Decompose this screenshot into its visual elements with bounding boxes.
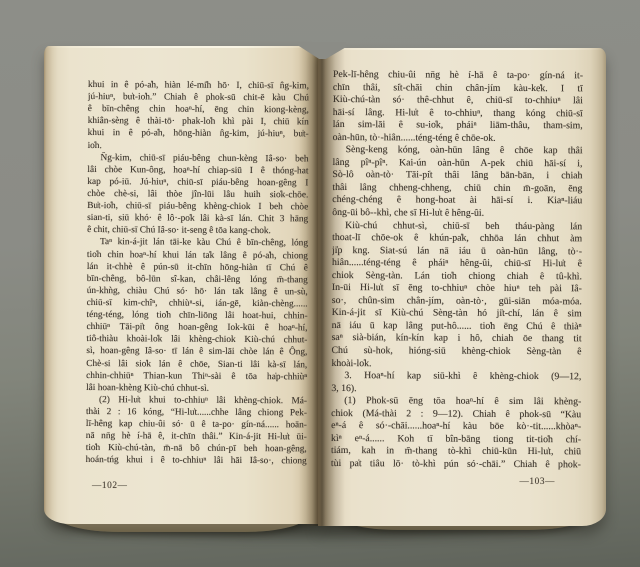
text-line: (1) Phok-sū ēng tōa hoaⁿ-hí ê sim lâi kh… bbox=[331, 395, 581, 409]
right-page-text: Pek-lī-hêng chiu-ûi nn̄g hè í-hā ê ta-po… bbox=[331, 69, 583, 472]
text-line: Chú sù-hok, hióng-siū khèng-chiok Sèng-t… bbox=[331, 345, 581, 359]
text-line: lán sim-lāi ê su-io̍k, pháiⁿ liām-thâu, … bbox=[333, 119, 583, 133]
text-line: Sèng-keng kóng, oàn-hūn lâng ê chōe kap … bbox=[333, 144, 583, 158]
left-page-text: khui in ê pó-a̍h, hiàn lé-mi̍h hō· I, ch… bbox=[86, 79, 309, 468]
text-line: 3. Hoaⁿ-hí kap siū-khì ê khèng-chiok (9—… bbox=[331, 370, 581, 384]
text-line: lán it-chhè ê pún-sū it-chīn hōng-hiàn t… bbox=[87, 261, 308, 274]
text-line: tiám, kah in m̄-thang tò-khì chiū-kūn Hi… bbox=[331, 445, 581, 459]
text-line: khui in ê pó-a̍h, hōng-hiàn n̂g-kim, jú-… bbox=[88, 127, 309, 140]
text-line: In-ūi Hi-lu̍t sī ēng to-chhiuⁿ chòe hiuⁿ… bbox=[332, 282, 582, 296]
text-line: Sò-lô oàn-tò· Tāi-pi̍t thâi lâng bān-bān… bbox=[332, 169, 582, 183]
text-line: thoat-lī chōe-ok ê khún-pa̍k, chhōa lán … bbox=[332, 232, 582, 246]
text-line: tùi pa̍t tiâu lō· tò-khì pún só·-chāi.” … bbox=[331, 458, 581, 472]
text-line: eⁿ-á ê só·-chāi......hoaⁿ-hí kàu bōe kò·… bbox=[331, 420, 581, 434]
text-line: sì, hoan-gêng Iâ-so· tī lán ê sim-lāi ch… bbox=[86, 345, 307, 358]
left-page-number: —102— bbox=[92, 481, 313, 491]
text-line: lâi hoan-khèng Kiù-chú chhut-sì. bbox=[86, 382, 307, 395]
text-line: Chè-si lâi sio̍k lán ê chōe, Sian-ti lâi… bbox=[86, 358, 307, 371]
text-line: N̂g-kim, chiū-sī piáu-bêng chun-kèng Iâ-… bbox=[87, 152, 308, 165]
text-line: tio̍h chin hoaⁿ-hí khui lán ta̍k lâng ê … bbox=[87, 249, 308, 262]
open-book-photo: khui in ê pó-a̍h, hiàn lé-mi̍h hō· I, ch… bbox=[0, 0, 640, 567]
text-line: Kiù-chú-tàn só· thê-chhut ê, chiū-sī to-… bbox=[333, 94, 583, 108]
text-line: Pek-lī-hêng chiu-ûi nn̄g hè í-hā ê ta-po… bbox=[333, 69, 583, 83]
text-line: hiân......téng-téng ê pháiⁿ hêng-ûi, chi… bbox=[332, 257, 582, 271]
text-line: chhin-chhiūⁿ Thian-kun Thiⁿ-sài ê tōa ha… bbox=[86, 370, 307, 383]
right-page-number: —103— bbox=[333, 477, 555, 487]
text-line: Taⁿ kin-á-jit lán tāi-ke kàu Chú ê bīn-c… bbox=[87, 236, 308, 249]
text-line: ông-ūi bô--khì, che sī Hi-lu̍t ê hêng-ûi… bbox=[332, 207, 582, 221]
text-line: Kin-á-jit sī Kiù-chú Sèng-tàn hó ji̍t-ch… bbox=[332, 307, 582, 321]
text-line: hoán-tńg khui i ê to-chhiuⁿ lâi hāi Iâ-s… bbox=[86, 454, 307, 467]
text-line: bīn-chêng, bô-lūn sî-kan, châi-lêng lóng… bbox=[87, 273, 308, 286]
